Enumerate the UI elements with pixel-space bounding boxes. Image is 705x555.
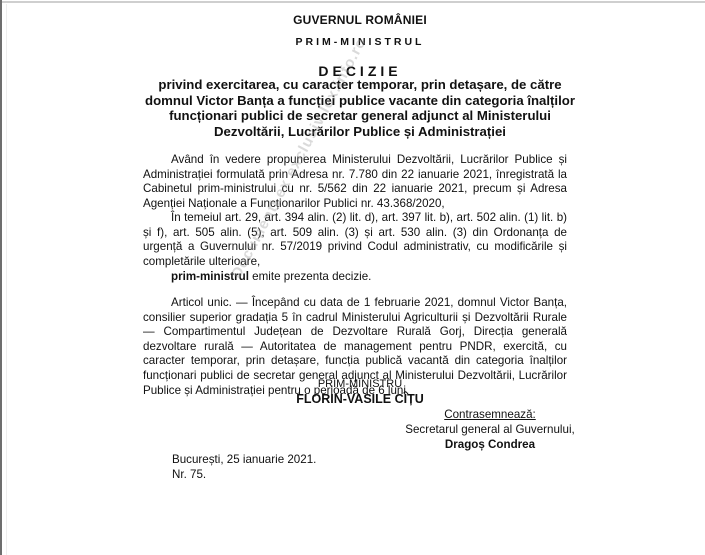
issuer-heading: PRIM-MINISTRUL <box>140 36 580 48</box>
issuance-text: emite prezenta decizie. <box>249 270 371 283</box>
issuance-paragraph: prim-ministrul emite prezenta decizie. <box>143 270 567 285</box>
legal-basis-paragraph: În temeiul art. 29, art. 394 alin. (2) l… <box>143 211 567 269</box>
countersign-label: Contrasemnează: <box>370 407 610 422</box>
signature-title: PRIM-MINISTRU <box>140 378 580 390</box>
place-date-number: București, 25 ianuarie 2021. Nr. 75. <box>172 452 316 482</box>
countersign-name: Dragoș Condrea <box>370 437 610 452</box>
institution-heading: GUVERNUL ROMÂNIEI <box>140 13 580 27</box>
document-subject: privind exercitarea, cu caracter tempora… <box>140 77 580 139</box>
considering-paragraph: Având în vedere propunerea Ministerului … <box>143 153 567 211</box>
decision-number: Nr. 75. <box>172 467 316 482</box>
document-page: GUVERNUL ROMÂNIEI PRIM-MINISTRUL DECIZIE… <box>0 0 705 555</box>
place-date: București, 25 ianuarie 2021. <box>172 452 316 467</box>
countersign-role: Secretarul general al Guvernului, <box>370 422 610 437</box>
signature-name: FLORIN-VASILE CÎȚU <box>140 392 580 406</box>
issuer-bold: prim-ministrul <box>171 270 249 283</box>
